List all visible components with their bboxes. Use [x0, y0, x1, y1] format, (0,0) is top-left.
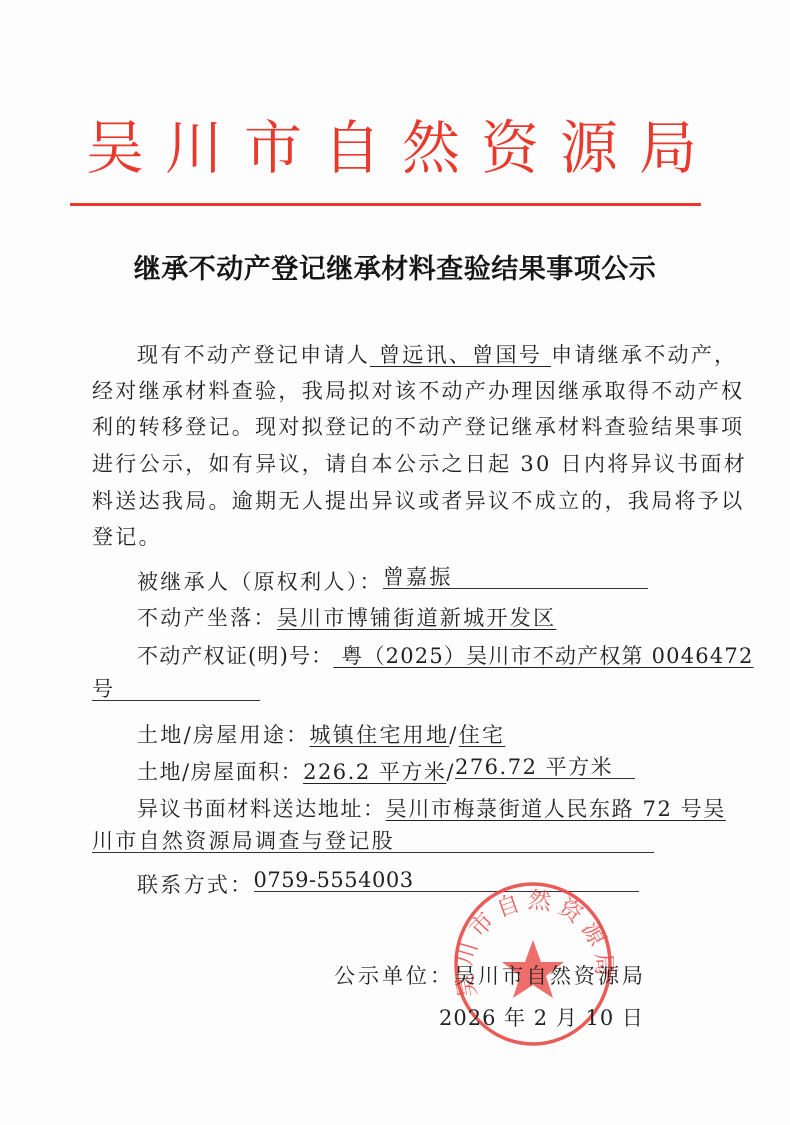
field-address: 异议书面材料送达地址：吴川市梅菉街道人民东路 72 号吴 [137, 794, 726, 824]
certificate-label: 不动产权证(明)号： [137, 644, 333, 668]
address-value-cont-underline: 川市自然资源局调查与登记股 [92, 830, 654, 853]
area-separator: / [446, 760, 455, 784]
area-land-value: 226.2 平方米 [303, 760, 446, 784]
usage-land-value: 城镇住宅用地 [309, 723, 449, 747]
field-certificate-cont: 号 [92, 678, 260, 709]
paragraph-line-2: 经对继承材料查验，我局拟对该不动产办理因继承取得不动产权 [92, 376, 744, 406]
signature-unit: 公示单位：吴川市自然资源局 [334, 961, 646, 991]
address-label: 异议书面材料送达地址： [137, 797, 386, 821]
usage-house-value: 住宅 [459, 723, 506, 747]
signature-unit-name: 吴川市自然资源局 [454, 964, 646, 988]
decedent-value-underline: 曾嘉振 [383, 566, 648, 589]
certificate-value: 粤（2025）吴川市不动产权第 0046472 [333, 644, 753, 668]
usage-separator: / [449, 723, 458, 747]
paragraph-line-4: 进行公示，如有异议，请自本公示之日起 30 日内将异议书面材 [92, 449, 747, 479]
applicants-value: 曾远讯、曾国号 [370, 343, 551, 367]
signature-unit-label: 公示单位： [334, 964, 454, 988]
masthead-red-rule [70, 203, 701, 206]
paragraph-line-1-prefix: 现有不动产登记申请人 [137, 343, 370, 367]
field-usage: 土地/房屋用途：城镇住宅用地/住宅 [137, 720, 505, 750]
location-value: 吴川市博铺街道新城开发区 [277, 606, 557, 630]
location-label: 不动产坐落： [137, 606, 277, 630]
area-house-value: 276.72 平方米 [455, 752, 613, 782]
field-area: 土地/房屋面积：226.2 平方米/276.72 平方米 [137, 756, 635, 787]
paragraph-line-3: 利的转移登记。现对拟登记的不动产登记继承材料查验结果事项 [92, 412, 744, 442]
signature-date: 2026 年 2 月 10 日 [439, 1003, 644, 1033]
field-address-cont: 川市自然资源局调查与登记股 [92, 830, 654, 861]
certificate-value-cont: 号 [92, 674, 115, 704]
paragraph-line-6: 登记。 [92, 522, 162, 552]
notice-title: 继承不动产登记继承材料查验结果事项公示 [0, 252, 790, 288]
field-location: 不动产坐落：吴川市博铺街道新城开发区 [137, 603, 556, 633]
decedent-label: 被继承人（原权利人）： [137, 570, 383, 594]
address-value-cont: 川市自然资源局调查与登记股 [92, 826, 395, 856]
field-decedent: 被继承人（原权利人）： 曾嘉振 [137, 566, 648, 597]
field-certificate: 不动产权证(明)号： 粤（2025）吴川市不动产权第 0046472 [137, 641, 754, 671]
contact-value: 0759-5554003 [254, 865, 414, 895]
contact-label: 联系方式： [137, 873, 254, 897]
agency-masthead: 吴川市自然资源局 [0, 108, 790, 188]
area-house-underline: 276.72 平方米 [455, 756, 635, 779]
area-label: 土地/房屋面积： [137, 760, 303, 784]
usage-label: 土地/房屋用途： [137, 723, 309, 747]
notice-page: 吴川市自然资源局 继承不动产登记继承材料查验结果事项公示 现有不动产登记申请人 … [0, 0, 790, 1125]
certificate-value-cont-underline: 号 [92, 678, 260, 701]
paragraph-line-1: 现有不动产登记申请人 曾远讯、曾国号 申请继承不动产， [137, 340, 737, 370]
paragraph-line-5: 料送达我局。逾期无人提出异议或者异议不成立的，我局将予以 [92, 486, 744, 516]
address-value: 吴川市梅菉街道人民东路 72 号吴 [386, 797, 726, 821]
paragraph-line-1-suffix: 申请继承不动产， [551, 343, 737, 367]
decedent-value: 曾嘉振 [383, 562, 453, 592]
